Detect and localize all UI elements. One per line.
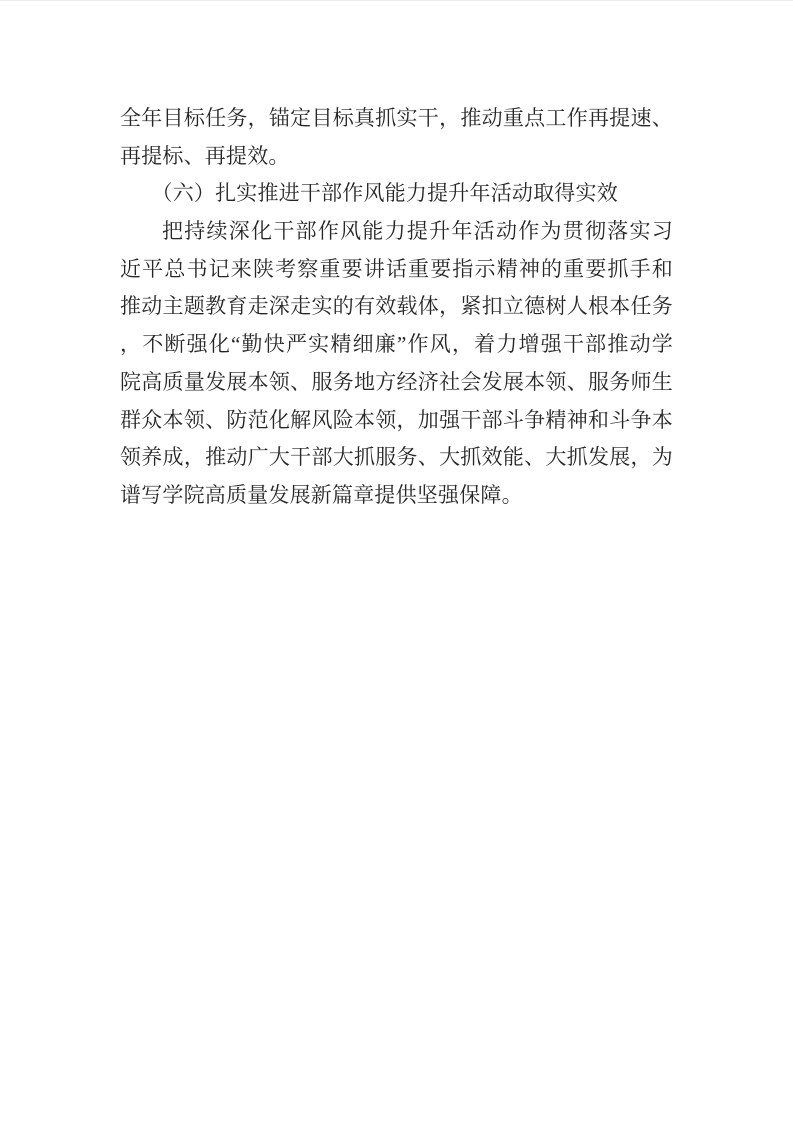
text-line: 群众本领、防范化解风险本领，加强干部斗争精神和斗争本 — [120, 402, 673, 440]
text-line: 推动主题教育走深走实的有效载体，紧扣立德树人根本任务 — [120, 288, 673, 326]
text-line: 近平总书记来陕考察重要讲话重要指示精神的重要抓手和 — [120, 251, 673, 289]
document-page: 全年目标任务，锚定目标真抓实干，推动重点工作再提速、再提标、再提效。（六）扎实推… — [0, 0, 793, 1122]
text-line: 谱写学院高质量发展新篇章提供坚强保障。 — [120, 477, 673, 515]
text-line: 把持续深化干部作风能力提升年活动作为贯彻落实习 — [120, 213, 673, 251]
text-line: 全年目标任务，锚定目标真抓实干，推动重点工作再提速、 — [120, 100, 673, 138]
section-heading-line: （六）扎实推进干部作风能力提升年活动取得实效 — [120, 175, 673, 213]
text-line: 领养成，推动广大干部大抓服务、大抓效能、大抓发展，为 — [120, 439, 673, 477]
text-line: 院高质量发展本领、服务地方经济社会发展本领、服务师生 — [120, 364, 673, 402]
text-line: ，不断强化“勤快严实精细廉”作风，着力增强干部推动学 — [120, 326, 673, 364]
text-line: 再提标、再提效。 — [120, 138, 673, 176]
document-text-block: 全年目标任务，锚定目标真抓实干，推动重点工作再提速、再提标、再提效。（六）扎实推… — [120, 100, 673, 515]
